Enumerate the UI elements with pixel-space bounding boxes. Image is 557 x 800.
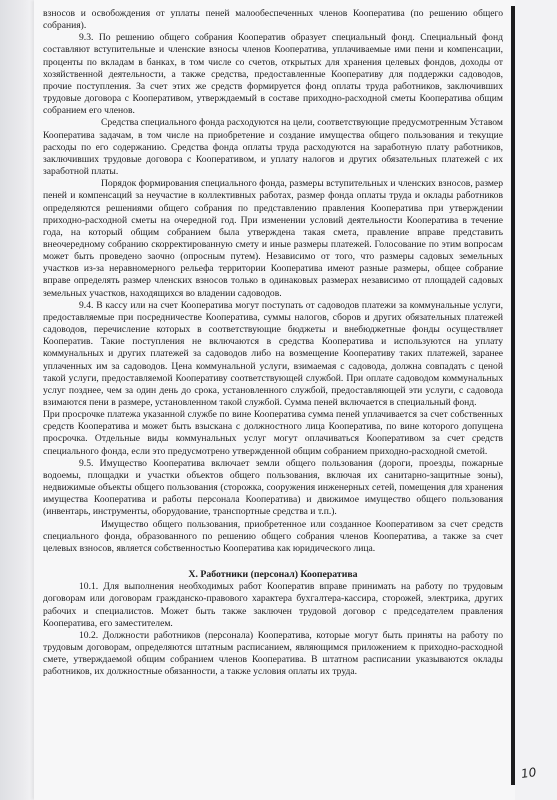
paragraph-9-3: 9.3. По решению общего собрания Кооперат… [43,32,503,117]
paragraph-9-4: 9.4. В кассу или на счет Кооператива мог… [43,300,503,409]
paragraph-9-5: 9.5. Имущество Кооператива включает земл… [43,458,503,519]
section-title-x: X. Работники (персонал) Кооператива [43,569,503,581]
paragraph-10-2: 10.2. Должности работников (персонала) К… [43,630,503,679]
paragraph-continuation: взносов и освобождения от уплаты пеней м… [43,8,503,32]
scan-margin [515,0,557,800]
paragraph-common-property: Имущество общего пользования, приобретен… [43,519,503,555]
paragraph-10-1: 10.1. Для выполнения необходимых работ К… [43,581,503,630]
scan-border-line [511,6,515,785]
document-body: взносов и освобождения от уплаты пеней м… [43,8,503,678]
page-number: 10 [520,765,537,781]
adjacent-page-edge [0,0,34,800]
paragraph-special-fund-spending: Средства специального фонда расходуются … [43,117,503,178]
paragraph-overdue-payment: При просрочке платежа указанной службе п… [43,409,503,458]
paragraph-fund-procedure: Порядок формирования специального фонда,… [43,178,503,300]
